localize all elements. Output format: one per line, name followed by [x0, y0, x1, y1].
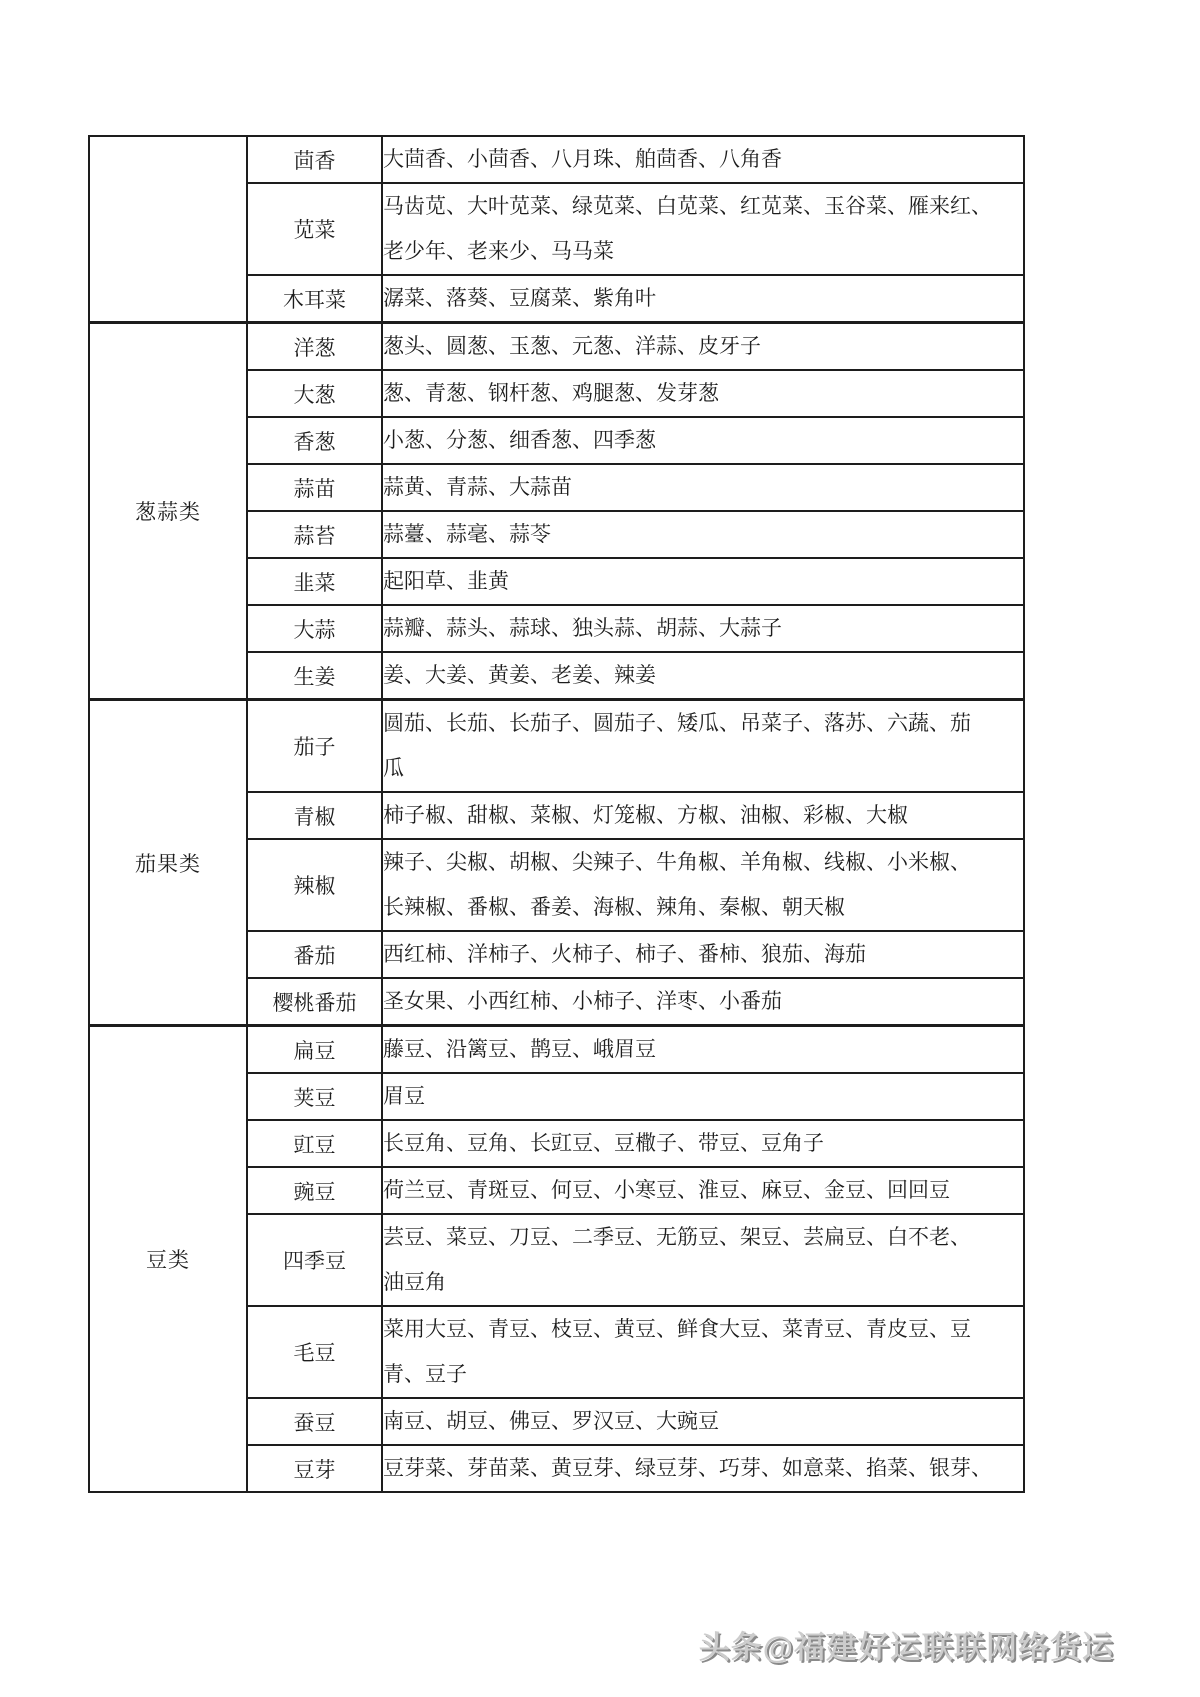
alias-cell: 小葱、分葱、细香葱、四季葱 [382, 417, 1024, 464]
watermark: 头条@福建好运联联网络货运 [699, 1622, 1114, 1667]
category-cell-empty [89, 136, 247, 323]
alias-line: 长辣椒、番椒、番姜、海椒、辣角、秦椒、朝天椒 [383, 885, 1023, 930]
alias-line: 潺菜、落葵、豆腐菜、紫角叶 [383, 276, 1023, 321]
alias-cell: 蒜黄、青蒜、大蒜苗 [382, 464, 1024, 511]
alias-line: 豆芽菜、芽苗菜、黄豆芽、绿豆芽、巧芽、如意菜、掐菜、银芽、 [383, 1446, 1023, 1491]
name-cell: 毛豆 [247, 1306, 382, 1398]
name-cell: 香葱 [247, 417, 382, 464]
alias-line: 蒜瓣、蒜头、蒜球、独头蒜、胡蒜、大蒜子 [383, 606, 1023, 651]
alias-cell: 荷兰豆、青斑豆、何豆、小寒豆、淮豆、麻豆、金豆、回回豆 [382, 1167, 1024, 1214]
alias-line: 油豆角 [383, 1260, 1023, 1305]
alias-cell: 藤豆、沿篱豆、鹊豆、峨眉豆 [382, 1026, 1024, 1074]
alias-line: 南豆、胡豆、佛豆、罗汉豆、大豌豆 [383, 1399, 1023, 1444]
name-cell: 蒜苔 [247, 511, 382, 558]
table-row: 葱蒜类 洋葱 葱头、圆葱、玉葱、元葱、洋蒜、皮牙子 [89, 323, 1024, 371]
alias-line: 圣女果、小西红柿、小柿子、洋枣、小番茄 [383, 979, 1023, 1024]
alias-line: 芸豆、菜豆、刀豆、二季豆、无筋豆、架豆、芸扁豆、白不老、 [383, 1215, 1023, 1260]
table-row: 茄果类 茄子 圆茄、长茄、长茄子、圆茄子、矮瓜、吊菜子、落苏、六蔬、茄 瓜 [89, 700, 1024, 793]
alias-cell: 起阳草、韭黄 [382, 558, 1024, 605]
alias-line: 瓜 [383, 746, 1023, 791]
alias-line: 眉豆 [383, 1074, 1023, 1119]
vegetable-alias-table: 茴香 大茴香、小茴香、八月珠、舶茴香、八角香 苋菜 马齿苋、大叶苋菜、绿苋菜、白… [88, 135, 1025, 1493]
name-cell: 生姜 [247, 652, 382, 700]
alias-cell: 姜、大姜、黄姜、老姜、辣姜 [382, 652, 1024, 700]
alias-cell: 圆茄、长茄、长茄子、圆茄子、矮瓜、吊菜子、落苏、六蔬、茄 瓜 [382, 700, 1024, 793]
name-cell: 扁豆 [247, 1026, 382, 1074]
name-cell: 洋葱 [247, 323, 382, 371]
alias-line: 葱头、圆葱、玉葱、元葱、洋蒜、皮牙子 [383, 324, 1023, 369]
alias-cell: 芸豆、菜豆、刀豆、二季豆、无筋豆、架豆、芸扁豆、白不老、 油豆角 [382, 1214, 1024, 1306]
name-cell: 蒜苗 [247, 464, 382, 511]
alias-cell: 辣子、尖椒、胡椒、尖辣子、牛角椒、羊角椒、线椒、小米椒、 长辣椒、番椒、番姜、海… [382, 839, 1024, 931]
alias-cell: 菜用大豆、青豆、枝豆、黄豆、鲜食大豆、菜青豆、青皮豆、豆 青、豆子 [382, 1306, 1024, 1398]
name-cell: 青椒 [247, 792, 382, 839]
alias-cell: 葱头、圆葱、玉葱、元葱、洋蒜、皮牙子 [382, 323, 1024, 371]
name-cell: 大葱 [247, 370, 382, 417]
name-cell: 豌豆 [247, 1167, 382, 1214]
alias-cell: 柿子椒、甜椒、菜椒、灯笼椒、方椒、油椒、彩椒、大椒 [382, 792, 1024, 839]
alias-line: 菜用大豆、青豆、枝豆、黄豆、鲜食大豆、菜青豆、青皮豆、豆 [383, 1307, 1023, 1352]
alias-line: 荷兰豆、青斑豆、何豆、小寒豆、淮豆、麻豆、金豆、回回豆 [383, 1168, 1023, 1213]
alias-cell: 圣女果、小西红柿、小柿子、洋枣、小番茄 [382, 978, 1024, 1026]
table-row: 豆类 扁豆 藤豆、沿篱豆、鹊豆、峨眉豆 [89, 1026, 1024, 1074]
name-cell: 蚕豆 [247, 1398, 382, 1445]
name-cell: 番茄 [247, 931, 382, 978]
name-cell: 茴香 [247, 136, 382, 183]
alias-line: 蒜黄、青蒜、大蒜苗 [383, 465, 1023, 510]
category-cell: 茄果类 [89, 700, 247, 1026]
name-cell: 樱桃番茄 [247, 978, 382, 1026]
alias-line: 柿子椒、甜椒、菜椒、灯笼椒、方椒、油椒、彩椒、大椒 [383, 793, 1023, 838]
name-cell: 辣椒 [247, 839, 382, 931]
alias-cell: 葱、青葱、钢杆葱、鸡腿葱、发芽葱 [382, 370, 1024, 417]
alias-cell: 南豆、胡豆、佛豆、罗汉豆、大豌豆 [382, 1398, 1024, 1445]
alias-line: 藤豆、沿篱豆、鹊豆、峨眉豆 [383, 1027, 1023, 1072]
name-cell: 茄子 [247, 700, 382, 793]
alias-line: 长豆角、豆角、长豇豆、豆橵子、带豆、豆角子 [383, 1121, 1023, 1166]
table-row: 茴香 大茴香、小茴香、八月珠、舶茴香、八角香 [89, 136, 1024, 183]
name-cell: 木耳菜 [247, 275, 382, 323]
alias-line: 葱、青葱、钢杆葱、鸡腿葱、发芽葱 [383, 371, 1023, 416]
alias-cell: 眉豆 [382, 1073, 1024, 1120]
name-cell: 豆芽 [247, 1445, 382, 1492]
name-cell: 豇豆 [247, 1120, 382, 1167]
alias-line: 马齿苋、大叶苋菜、绿苋菜、白苋菜、红苋菜、玉谷菜、雁来红、 [383, 184, 1023, 229]
alias-line: 老少年、老来少、马马菜 [383, 229, 1023, 274]
name-cell: 韭菜 [247, 558, 382, 605]
category-cell: 葱蒜类 [89, 323, 247, 700]
category-cell: 豆类 [89, 1026, 247, 1493]
alias-line: 圆茄、长茄、长茄子、圆茄子、矮瓜、吊菜子、落苏、六蔬、茄 [383, 701, 1023, 746]
alias-line: 西红柿、洋柿子、火柿子、柿子、番柿、狼茄、海茄 [383, 932, 1023, 977]
alias-cell: 马齿苋、大叶苋菜、绿苋菜、白苋菜、红苋菜、玉谷菜、雁来红、 老少年、老来少、马马… [382, 183, 1024, 275]
alias-line: 辣子、尖椒、胡椒、尖辣子、牛角椒、羊角椒、线椒、小米椒、 [383, 840, 1023, 885]
name-cell: 苋菜 [247, 183, 382, 275]
name-cell: 大蒜 [247, 605, 382, 652]
alias-cell: 豆芽菜、芽苗菜、黄豆芽、绿豆芽、巧芽、如意菜、掐菜、银芽、 [382, 1445, 1024, 1492]
alias-line: 小葱、分葱、细香葱、四季葱 [383, 418, 1023, 463]
name-cell: 四季豆 [247, 1214, 382, 1306]
alias-cell: 大茴香、小茴香、八月珠、舶茴香、八角香 [382, 136, 1024, 183]
alias-line: 起阳草、韭黄 [383, 559, 1023, 604]
alias-cell: 蒜薹、蒜毫、蒜苓 [382, 511, 1024, 558]
name-cell: 荚豆 [247, 1073, 382, 1120]
alias-line: 蒜薹、蒜毫、蒜苓 [383, 512, 1023, 557]
alias-line: 姜、大姜、黄姜、老姜、辣姜 [383, 653, 1023, 698]
alias-line: 青、豆子 [383, 1352, 1023, 1397]
alias-cell: 西红柿、洋柿子、火柿子、柿子、番柿、狼茄、海茄 [382, 931, 1024, 978]
alias-cell: 蒜瓣、蒜头、蒜球、独头蒜、胡蒜、大蒜子 [382, 605, 1024, 652]
alias-line: 大茴香、小茴香、八月珠、舶茴香、八角香 [383, 137, 1023, 182]
alias-cell: 潺菜、落葵、豆腐菜、紫角叶 [382, 275, 1024, 323]
alias-cell: 长豆角、豆角、长豇豆、豆橵子、带豆、豆角子 [382, 1120, 1024, 1167]
